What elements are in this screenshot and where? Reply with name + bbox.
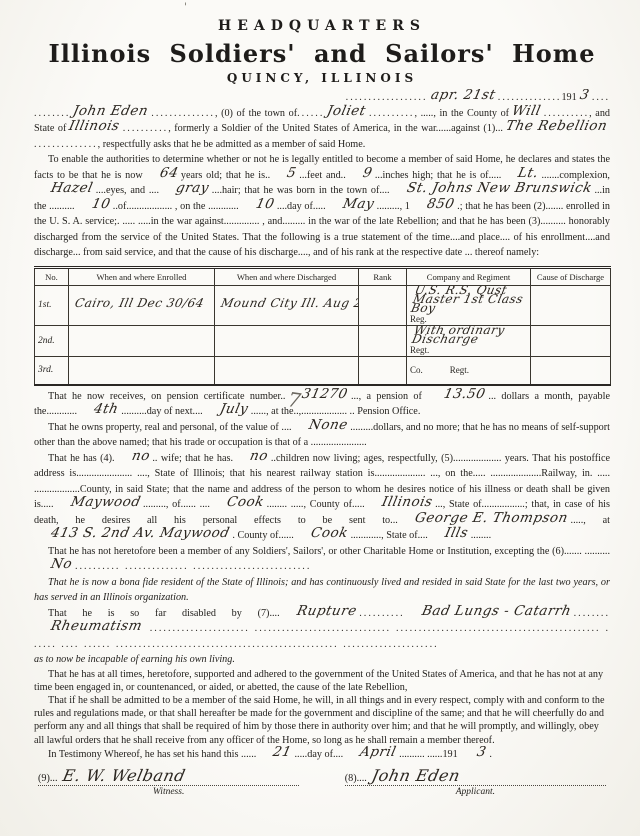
- printed-text: ....day of.....: [277, 201, 326, 212]
- dotted-blank: ..............: [34, 139, 98, 150]
- table-row: 1st.Cairo, Ill Dec 30/64Mound City Ill. …: [35, 285, 611, 325]
- form-subtitle-location: QUINCY, ILLINOIS: [34, 71, 610, 85]
- handwritten-entry: Cook: [293, 529, 352, 538]
- handwritten-entry: Hazel: [33, 184, 97, 193]
- handwritten-entry: 3: [459, 748, 490, 757]
- incapable-clause: as to now be incapable of earning his ow…: [34, 652, 610, 668]
- handwritten-entry: Bad Lungs - Catarrh: [404, 607, 575, 616]
- dotted-blank: ..............: [498, 92, 562, 103]
- cell-cause-of-discharge: [531, 356, 611, 385]
- printed-text: That he is now a bona fide resident of t…: [34, 577, 610, 604]
- cell-enrolled: [69, 356, 215, 385]
- table-row: 2nd.With ordinary DischargeRegt.: [35, 325, 611, 356]
- dotted-blank: ........: [34, 108, 70, 119]
- cell-enrolled: Cairo, Ill Dec 30/64: [69, 285, 215, 325]
- printed-text: ........: [471, 530, 491, 541]
- printed-text: ............, State of....: [351, 530, 428, 541]
- family-and-contacts: That he has (4).no.. wife; that he has.n…: [34, 451, 610, 544]
- printed-text: .......complexion,: [542, 170, 610, 181]
- handwritten-entry: no: [114, 452, 154, 461]
- printed-text: ....eyes, and ....: [96, 185, 159, 196]
- handwritten-entry: Maywood: [53, 498, 144, 507]
- column-header: Rank: [359, 267, 407, 285]
- cell-enrolled: [69, 325, 215, 356]
- dotted-blank: .......... .............. ..............…: [75, 561, 311, 572]
- column-header: When and where Enrolled: [69, 267, 215, 285]
- handwritten-entry: St. Johns New Brunswick: [389, 184, 596, 193]
- dotted-blank: ........: [574, 608, 610, 619]
- handwritten-entry: None: [291, 421, 352, 430]
- printed-text: 191: [561, 92, 576, 103]
- handwritten-entry: 4th: [76, 405, 122, 414]
- cell-row-number: 2nd.: [35, 325, 69, 356]
- scan-artifact: ': [184, 2, 187, 13]
- property-statement: That he owns property, real and personal…: [34, 420, 610, 451]
- applicant-number: (8)....: [345, 773, 367, 784]
- printed-text: , respectfully asks that he be admitted …: [98, 139, 366, 150]
- column-header: Cause of Discharge: [531, 267, 611, 285]
- handwritten-entry: 3: [576, 91, 593, 100]
- handwritten-entry: 64: [142, 169, 182, 178]
- printed-text: In Testimony Whereof, he has set his han…: [48, 749, 256, 760]
- handwritten-entry: Rupture: [279, 607, 360, 616]
- enrollment-table-body: 1st.Cairo, Ill Dec 30/64Mound City Ill. …: [35, 285, 611, 385]
- dotted-blank: ..........: [544, 108, 589, 119]
- printed-text: ......, at the..,.................. .. P…: [251, 406, 421, 417]
- witness-label: Witness.: [38, 787, 299, 797]
- handwritten-entry: Cook: [209, 498, 268, 507]
- disability-statement: That he is so far disabled by (7)....Rup…: [34, 606, 610, 653]
- printed-text: That he is so far disabled by (7)....: [48, 608, 280, 619]
- column-header: No.: [35, 267, 69, 285]
- printed-text: That he has (4).: [48, 453, 115, 464]
- printed-text: That he owns property, real and personal…: [48, 422, 292, 433]
- dotted-blank: ...................... .................…: [145, 623, 478, 634]
- handwritten-entry: Ills: [427, 529, 472, 538]
- application-form-document: ' 7 HEADQUARTERS Illinois Soldiers' and …: [0, 0, 640, 836]
- pension-statement: That he now receives, on pension certifi…: [34, 389, 610, 420]
- printed-text: ........., of...... ....: [143, 499, 210, 510]
- cell-cause-of-discharge: [531, 285, 611, 325]
- handwritten-entry: Will: [508, 107, 545, 116]
- signature-row: (9)... E. W. Welband Witness. (8).... Jo…: [34, 771, 610, 797]
- cell-discharged: Mound City Ill. Aug 23-65: [215, 285, 359, 325]
- applicant-label: Applicant.: [345, 787, 606, 797]
- handwritten-entry: Lt.: [500, 169, 542, 178]
- printed-text: ...inches high; that he is of.....: [375, 170, 501, 181]
- applicant-intro: ........John Eden.............., (0) of …: [34, 106, 610, 153]
- cell-rank: [359, 285, 407, 325]
- printed-text: .. wife; that he has.: [152, 453, 233, 464]
- printed-text: as to now be incapable of earning his ow…: [34, 654, 235, 665]
- printed-text: , (0) of the town of: [215, 108, 297, 119]
- dotted-blank: ..........: [123, 123, 168, 134]
- printed-text: That he has at all times, heretofore, su…: [34, 669, 603, 693]
- dotted-blank: ..........: [369, 108, 414, 119]
- dotted-blank: ..................: [346, 92, 428, 103]
- handwritten-entry: 5: [269, 169, 300, 178]
- printed-text: .......... ......191: [399, 749, 460, 760]
- handwritten-entry: The Rebellion: [502, 122, 611, 131]
- handwritten-entry: Rheumatism: [33, 622, 146, 631]
- printed-text: That he now receives, on pension certifi…: [48, 391, 285, 402]
- enrollment-table-header-row: No.When and where EnrolledWhen and where…: [35, 267, 611, 285]
- printed-text: ....hair; that he was born in the town o…: [212, 185, 390, 196]
- cell-discharged: [215, 325, 359, 356]
- cell-company-regiment: With ordinary DischargeRegt.: [407, 325, 531, 356]
- handwritten-entry: May: [325, 200, 378, 209]
- printed-text: ....., at: [571, 515, 610, 526]
- applicant-signature: John Eden: [368, 771, 464, 780]
- handwritten-entry: U.S. R.S. Qust Master 1st Class Boy: [407, 286, 530, 313]
- table-row: 3rd.Co. Regt.: [35, 356, 611, 385]
- cell-row-number: 3rd.: [35, 356, 69, 385]
- dotted-blank: ..............: [151, 108, 215, 119]
- form-title: Illinois Soldiers' and Sailors' Home: [34, 39, 610, 68]
- cell-row-number: 1st.: [35, 285, 69, 325]
- printed-text: That if he shall be admitted to be a mem…: [34, 695, 604, 746]
- handwritten-entry: 21: [255, 748, 295, 757]
- form-header-headquarters: HEADQUARTERS: [34, 18, 610, 34]
- cell-company-regiment: Co. Regt.: [407, 356, 531, 385]
- witness-signature-block: (9)... E. W. Welband Witness.: [38, 771, 299, 797]
- handwritten-entry: apr. 21st: [427, 91, 499, 100]
- dotted-blank: ....: [592, 92, 610, 103]
- printed-text: .....day of....: [294, 749, 343, 760]
- handwritten-entry: John Eden: [69, 107, 152, 116]
- allegiance-clause: That he has at all times, heretofore, su…: [34, 668, 610, 694]
- form-body-bottom: That he now receives, on pension certifi…: [34, 389, 610, 763]
- printed-text: years old; that he is..: [181, 170, 270, 181]
- cell-rank: [359, 325, 407, 356]
- witness-signature: E. W. Welband: [59, 771, 189, 780]
- printed-text: ...feet and..: [299, 170, 346, 181]
- printed-text: ........ ....., County of.....: [267, 499, 365, 510]
- printed-text: That he has not heretofore been a member…: [48, 546, 610, 557]
- handwritten-entry: April: [342, 748, 400, 757]
- printed-text: .: [489, 749, 492, 760]
- printed-text: ..of.................. , on the ........…: [113, 201, 239, 212]
- handwritten-entry: 31270: [285, 390, 352, 399]
- printed-text: ..., a pension of: [351, 391, 427, 402]
- handwritten-entry: 13.50: [426, 390, 489, 399]
- applicant-signature-line: (8).... John Eden: [345, 771, 606, 786]
- handwritten-entry: Cairo, Ill Dec 30/64: [71, 299, 208, 308]
- dotted-blank: ..........: [359, 608, 404, 619]
- applicant-signature-block: (8).... John Eden Applicant.: [345, 771, 606, 797]
- handwritten-entry: gray: [158, 184, 213, 193]
- witness-number: (9)...: [38, 773, 58, 784]
- printed-text: , ....., in the County of: [414, 108, 509, 119]
- handwritten-entry: Illinois: [65, 122, 123, 131]
- company-cell-content: Co. Regt.: [410, 365, 527, 375]
- cell-company-regiment: U.S. R.S. Qust Master 1st Class BoyReg.: [407, 285, 531, 325]
- handwritten-entry: 850: [409, 200, 458, 209]
- printed-co-regt-label: Co. Regt.: [410, 365, 527, 375]
- handwritten-entry: 10: [238, 200, 278, 209]
- residency-clause: That he is now a bona fide resident of t…: [34, 575, 610, 606]
- handwritten-entry: July: [202, 405, 252, 414]
- dotted-blank: ......: [297, 108, 324, 119]
- form-body-top: ..................apr. 21st.............…: [34, 90, 610, 261]
- declaration-of-facts: To enable the authorities to determine w…: [34, 152, 610, 261]
- cell-discharged: [215, 356, 359, 385]
- handwritten-entry: With ordinary Discharge: [408, 326, 529, 344]
- printed-text: . County of......: [232, 530, 293, 541]
- compliance-clause: That if he shall be admitted to be a mem…: [34, 694, 610, 747]
- printed-co-regt-label: Regt.: [410, 345, 527, 355]
- handwritten-entry: no: [232, 452, 272, 461]
- printed-text: ..........day of next....: [121, 406, 203, 417]
- cell-rank: [359, 356, 407, 385]
- company-cell-content: With ordinary DischargeRegt.: [410, 327, 527, 355]
- column-header: Company and Regiment: [407, 267, 531, 285]
- handwritten-entry: Joliet: [323, 107, 370, 116]
- testimony-line: In Testimony Whereof, he has set his han…: [34, 747, 610, 763]
- handwritten-entry: 9: [345, 169, 376, 178]
- prior-membership: That he has not heretofore been a member…: [34, 544, 610, 575]
- handwritten-entry: Illinois: [364, 498, 436, 507]
- cell-cause-of-discharge: [531, 325, 611, 356]
- company-cell-content: U.S. R.S. Qust Master 1st Class BoyReg.: [410, 287, 527, 324]
- handwritten-entry: Mound City Ill. Aug 23-65: [217, 299, 358, 308]
- column-header: When and where Discharged: [215, 267, 359, 285]
- printed-text: ........., 1: [377, 201, 410, 212]
- witness-signature-line: (9)... E. W. Welband: [38, 771, 299, 786]
- handwritten-entry: 413 S. 2nd Av. Maywood: [33, 529, 233, 538]
- handwritten-entry: 10: [74, 200, 114, 209]
- enrollment-table: No.When and where EnrolledWhen and where…: [34, 266, 611, 386]
- printed-text: , formerly a Soldier of the United State…: [168, 123, 503, 134]
- handwritten-entry: No: [33, 560, 76, 569]
- printed-co-regt-label: Reg.: [410, 314, 527, 324]
- handwritten-entry: George E. Thompson: [397, 514, 572, 523]
